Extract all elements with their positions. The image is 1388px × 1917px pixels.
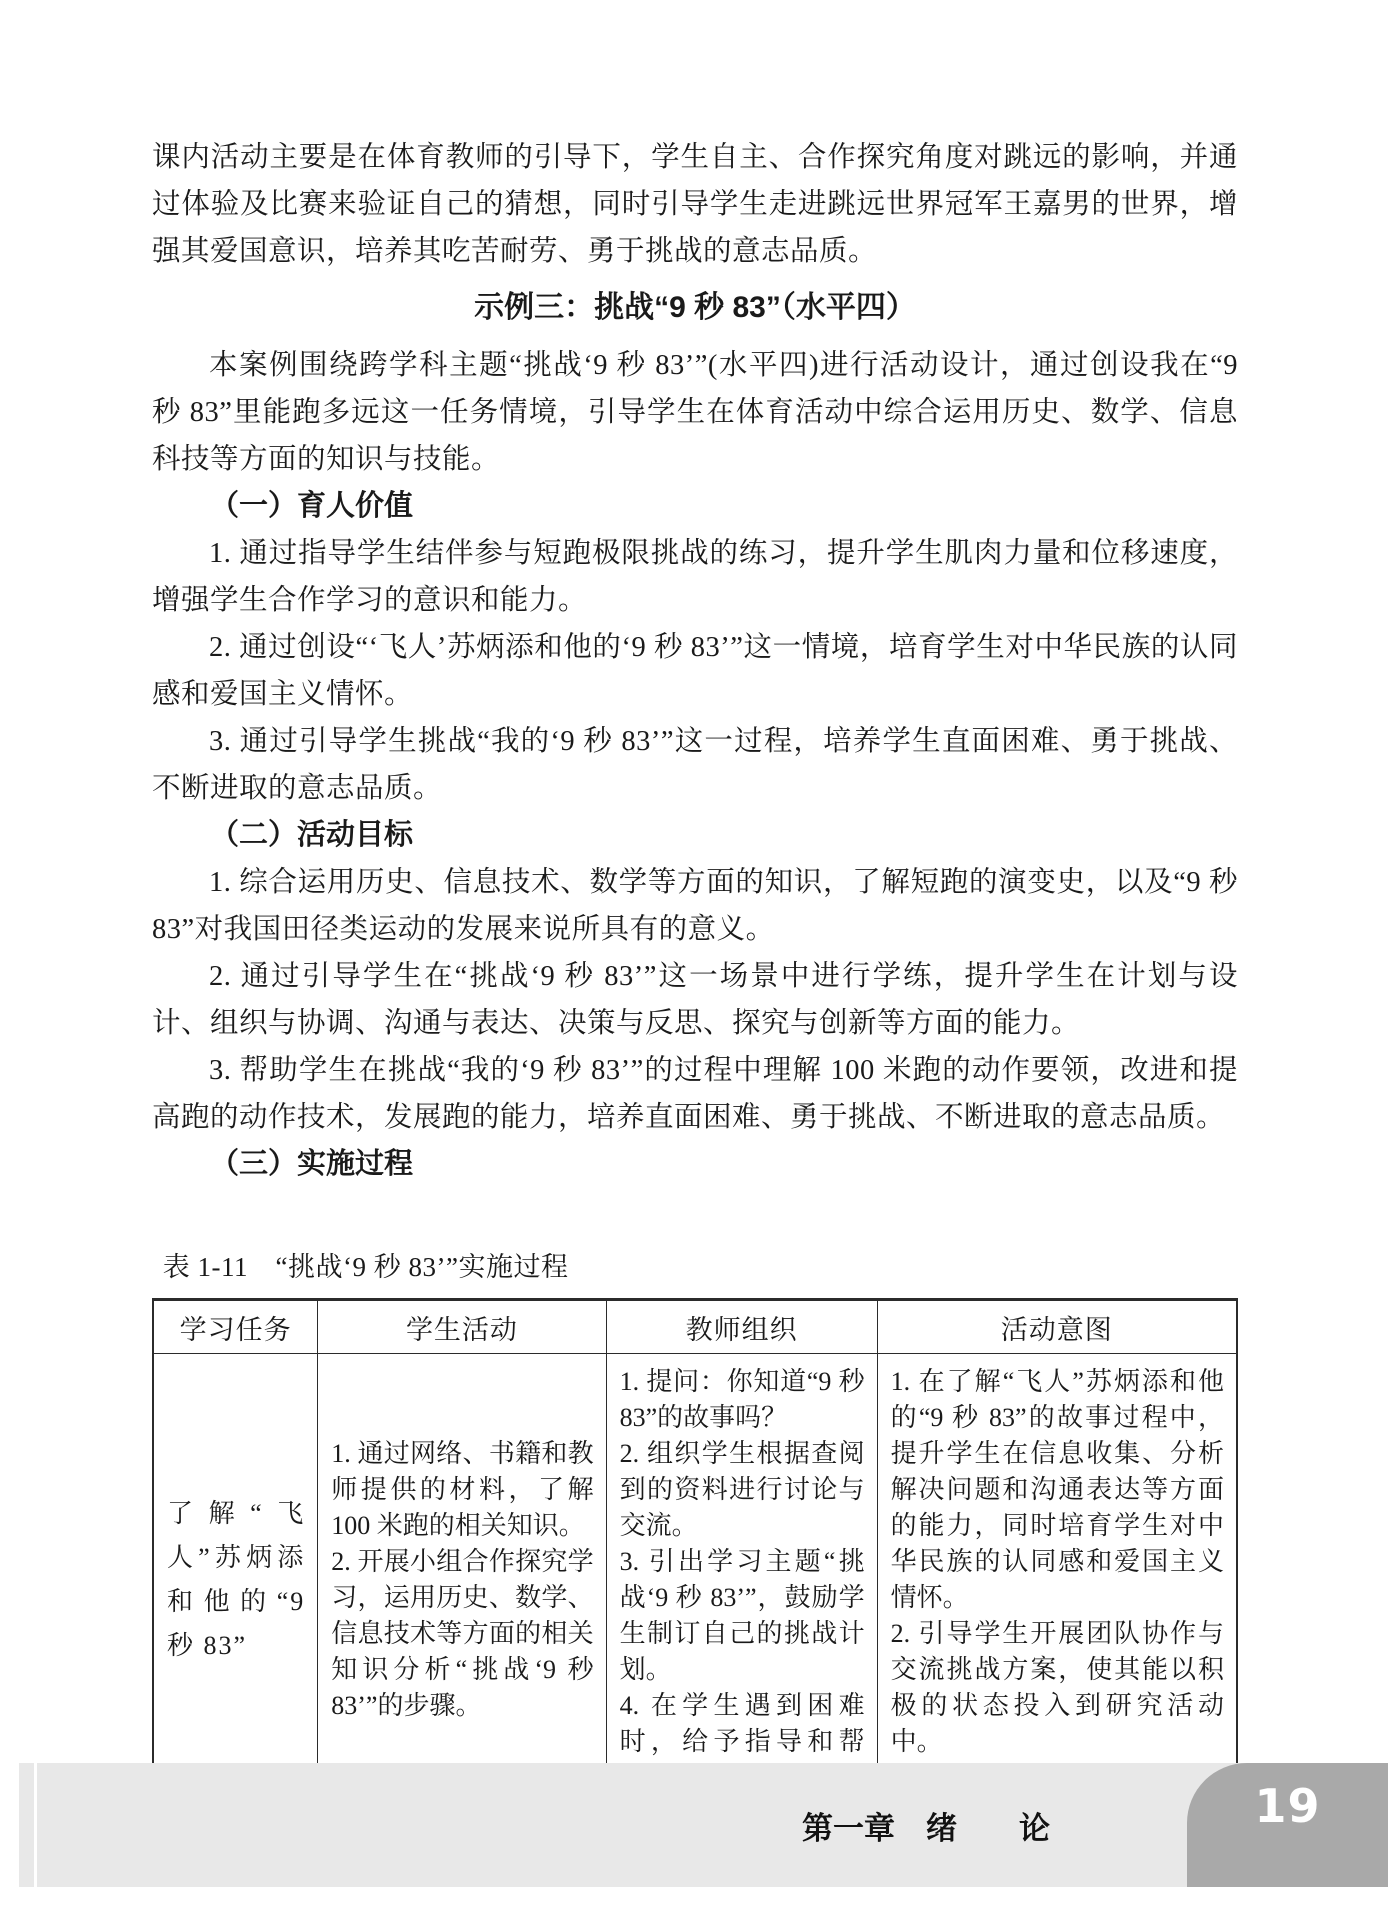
table-row: 了解“飞人”苏炳添和他的“9 秒 83” 1. 通过网络、书籍和教师提供的材料，…	[153, 1354, 1237, 1810]
teacher-organization-item-1: 1. 提问：你知道“9 秒 83”的故事吗？	[620, 1364, 865, 1436]
student-activity-item-1: 1. 通过网络、书籍和教师提供的材料，了解 100 米跑的相关知识。	[331, 1436, 593, 1544]
education-value-item-1: 1. 通过指导学生结伴参与短跑极限挑战的练习，提升学生肌肉力量和位移速度，增强学…	[152, 530, 1238, 624]
book-page: { "page": { "paragraph_intro": "课内活动主要是在…	[0, 0, 1388, 1917]
cell-activity-intent: 1. 在了解“飞人”苏炳添和他的“9 秒 83”的故事过程中，提升学生在信息收集…	[877, 1354, 1237, 1810]
education-value-item-2: 2. 通过创设“‘飞人’苏炳添和他的‘9 秒 83’”这一情境，培育学生对中华民…	[152, 624, 1238, 718]
header-teacher-organization: 教师组织	[606, 1300, 877, 1354]
section-heading-education-value: （一）育人价值	[152, 483, 1238, 530]
activity-goal-item-1: 1. 综合运用历史、信息技术、数学等方面的知识，了解短跑的演变史，以及“9 秒 …	[152, 859, 1238, 953]
teacher-organization-item-3: 3. 引出学习主题“挑战‘9 秒 83’”，鼓励学生制订自己的挑战计划。	[620, 1544, 865, 1688]
example-heading: 示例三：挑战“9 秒 83”（水平四）	[152, 284, 1238, 332]
example-intro-paragraph: 本案例围绕跨学科主题“挑战‘9 秒 83’”(水平四)进行活动设计，通过创设我在…	[152, 342, 1238, 483]
header-learning-task: 学习任务	[153, 1300, 318, 1354]
footer-bar: 第一章 绪 论	[37, 1763, 1388, 1887]
header-student-activity: 学生活动	[318, 1300, 606, 1354]
table-header-row: 学习任务 学生活动 教师组织 活动意图	[153, 1300, 1237, 1354]
footer-left-strip	[19, 1763, 34, 1887]
intro-paragraph: 课内活动主要是在体育教师的引导下，学生自主、合作探究角度对跳远的影响，并通过体验…	[152, 134, 1238, 275]
cell-student-activity: 1. 通过网络、书籍和教师提供的材料，了解 100 米跑的相关知识。 2. 开展…	[318, 1354, 606, 1810]
student-activity-item-2: 2. 开展小组合作探究学习，运用历史、数学、信息技术等方面的相关知识分析“挑战‘…	[331, 1544, 593, 1724]
page-content: 课内活动主要是在体育教师的引导下，学生自主、合作探究角度对跳远的影响，并通过体验…	[152, 134, 1238, 1811]
teacher-organization-item-2: 2. 组织学生根据查阅到的资料进行讨论与交流。	[620, 1436, 865, 1544]
cell-learning-task: 了解“飞人”苏炳添和他的“9 秒 83”	[153, 1354, 318, 1810]
cell-teacher-organization: 1. 提问：你知道“9 秒 83”的故事吗？ 2. 组织学生根据查阅到的资料进行…	[606, 1354, 877, 1810]
learning-task-text: 了解“飞人”苏炳添和他的“9 秒 83”	[167, 1492, 305, 1668]
education-value-item-3: 3. 通过引导学生挑战“我的‘9 秒 83’”这一过程，培养学生直面困难、勇于挑…	[152, 718, 1238, 812]
table-caption: 表 1-11 “挑战‘9 秒 83’”实施过程	[152, 1250, 1238, 1284]
footer-page-tab: 19	[1187, 1763, 1388, 1887]
implementation-table: 学习任务 学生活动 教师组织 活动意图 了解“飞人”苏炳添和他的“9 秒 83”…	[152, 1298, 1238, 1811]
section-heading-activity-goals: （二）活动目标	[152, 812, 1238, 859]
activity-goal-item-2: 2. 通过引导学生在“挑战‘9 秒 83’”这一场景中进行学练，提升学生在计划与…	[152, 953, 1238, 1047]
activity-goal-item-3: 3. 帮助学生在挑战“我的‘9 秒 83’”的过程中理解 100 米跑的动作要领…	[152, 1047, 1238, 1141]
header-activity-intent: 活动意图	[877, 1300, 1237, 1354]
section-heading-implementation: （三）实施过程	[152, 1141, 1238, 1188]
activity-intent-item-2: 2. 引导学生开展团队协作与交流挑战方案，使其能以积极的状态投入到研究活动中。	[891, 1616, 1224, 1760]
footer-chapter-title: 第一章 绪 论	[802, 1763, 1050, 1887]
page-number: 19	[1254, 1779, 1320, 1833]
activity-intent-item-1: 1. 在了解“飞人”苏炳添和他的“9 秒 83”的故事过程中，提升学生在信息收集…	[891, 1364, 1224, 1616]
